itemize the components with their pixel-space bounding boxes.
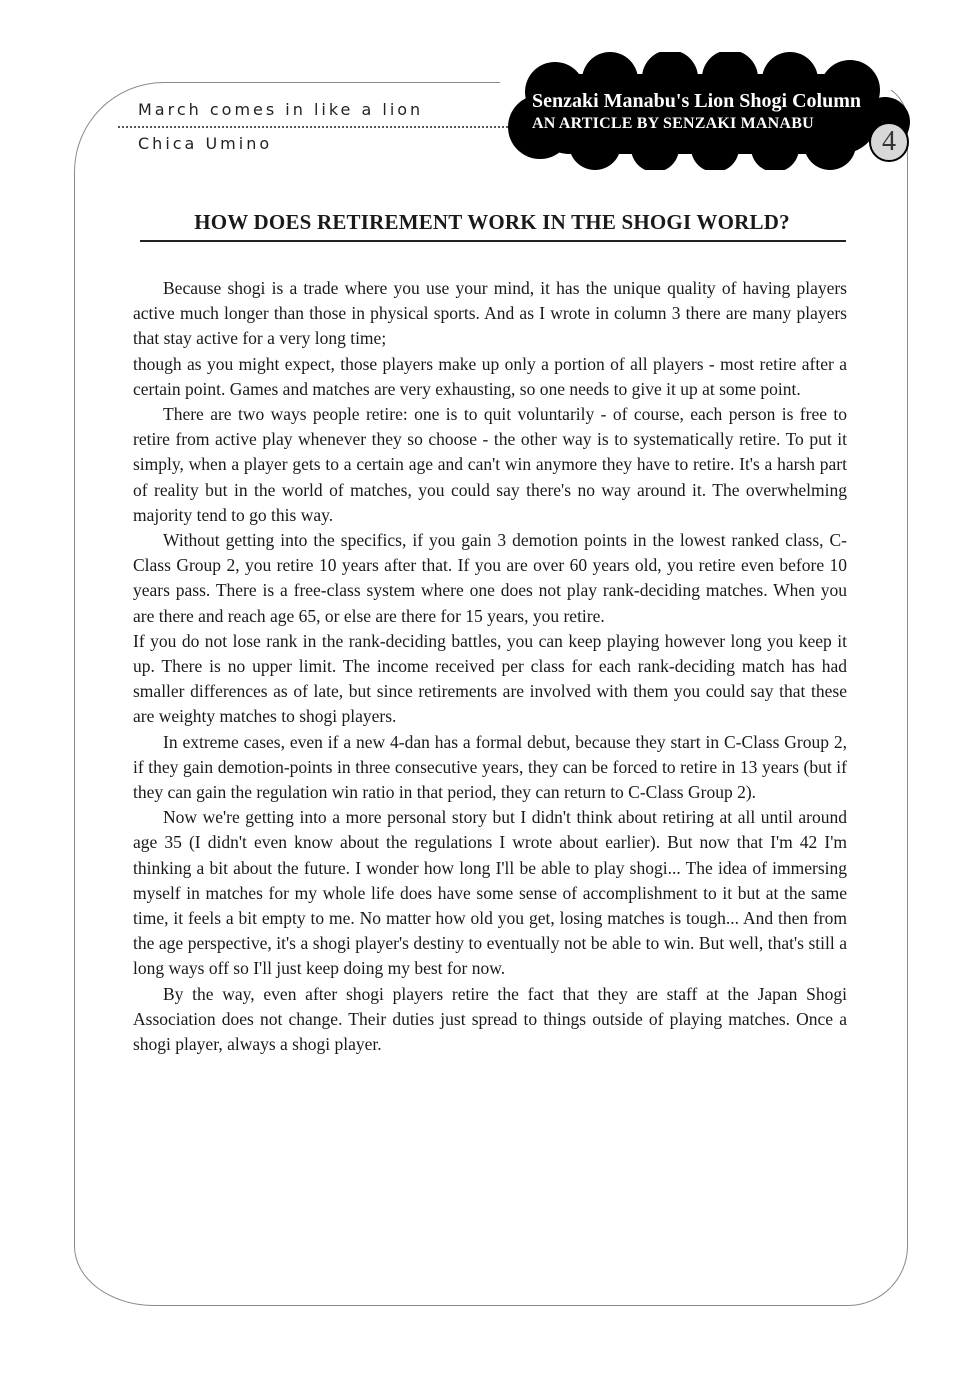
series-title: March comes in like a lion (138, 100, 508, 124)
paragraph: Because shogi is a trade where you use y… (133, 276, 847, 352)
paragraph: In extreme cases, even if a new 4-dan ha… (133, 730, 847, 806)
paragraph: Without getting into the specifics, if y… (133, 528, 847, 629)
column-title-banner: Senzaki Manabu's Lion Shogi Column AN AR… (500, 52, 910, 170)
column-number-badge: 4 (869, 122, 909, 162)
paragraph: By the way, even after shogi players ret… (133, 982, 847, 1058)
headline-underline (140, 240, 846, 242)
paragraph: though as you might expect, those player… (133, 352, 847, 402)
column-subtitle: AN ARTICLE BY SENZAKI MANABU (532, 115, 814, 133)
series-header: March comes in like a lion Chica Umino (138, 100, 508, 153)
column-title: Senzaki Manabu's Lion Shogi Column (532, 90, 861, 113)
dotted-divider (118, 126, 508, 128)
article-headline: HOW DOES RETIREMENT WORK IN THE SHOGI WO… (140, 210, 844, 235)
paragraph: Now we're getting into a more personal s… (133, 805, 847, 981)
series-author: Chica Umino (138, 134, 508, 153)
paragraph: There are two ways people retire: one is… (133, 402, 847, 528)
paragraph: If you do not lose rank in the rank-deci… (133, 629, 847, 730)
article-body: Because shogi is a trade where you use y… (133, 276, 847, 1057)
